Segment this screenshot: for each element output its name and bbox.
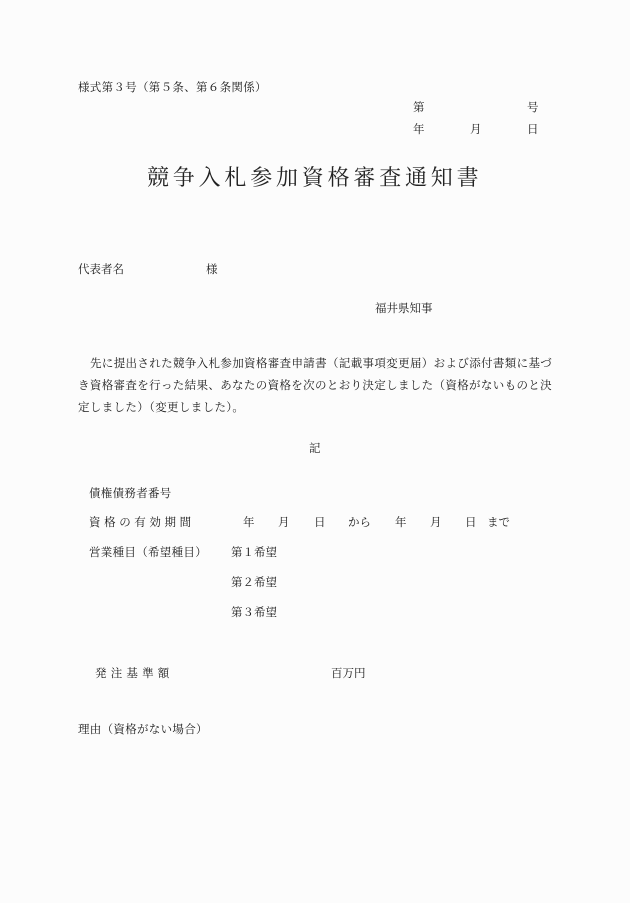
order-base-amount-label: 発注基準額	[95, 668, 174, 680]
honorific-sama: 様	[206, 264, 218, 276]
validity-from-month: 月	[278, 517, 290, 529]
form-number: 様式第３号（第５条、第６条関係）	[78, 82, 267, 94]
business-choice-3: 第３希望	[231, 607, 277, 619]
issue-date-month: 月	[470, 124, 482, 136]
validity-from-word: から	[348, 517, 371, 529]
representative-name-label: 代表者名	[78, 264, 124, 276]
notice-body-paragraph: 先に提出された競争入札参加資格審査申請書（記載事項変更届）および添付書類に基づき…	[78, 352, 554, 418]
document-number-suffix: 号	[527, 102, 539, 114]
document-title: 競争入札参加資格審査通知書	[147, 168, 482, 190]
reason-label: 理由（資格がない場合）	[78, 724, 208, 736]
validity-from-year: 年	[243, 517, 255, 529]
issue-date-day: 日	[527, 124, 539, 136]
business-type-label: 営業種目（希望種目）	[89, 547, 207, 559]
document-number-prefix: 第	[413, 102, 425, 114]
creditor-number-label: 債権債務者番号	[89, 488, 172, 500]
validity-from-day: 日	[314, 517, 326, 529]
validity-to-day: 日	[465, 517, 477, 529]
order-base-amount-unit: 百万円	[331, 668, 366, 680]
ki-heading: 記	[309, 443, 321, 455]
validity-to-year: 年	[395, 517, 407, 529]
business-choice-2: 第２希望	[231, 577, 277, 589]
business-choice-1: 第１希望	[231, 547, 277, 559]
validity-to-word: まで	[487, 517, 510, 529]
validity-period-label: 資格の有効期間	[89, 517, 195, 529]
validity-to-month: 月	[430, 517, 442, 529]
issue-date-year: 年	[413, 124, 425, 136]
sender-governor: 福井県知事	[375, 303, 433, 315]
